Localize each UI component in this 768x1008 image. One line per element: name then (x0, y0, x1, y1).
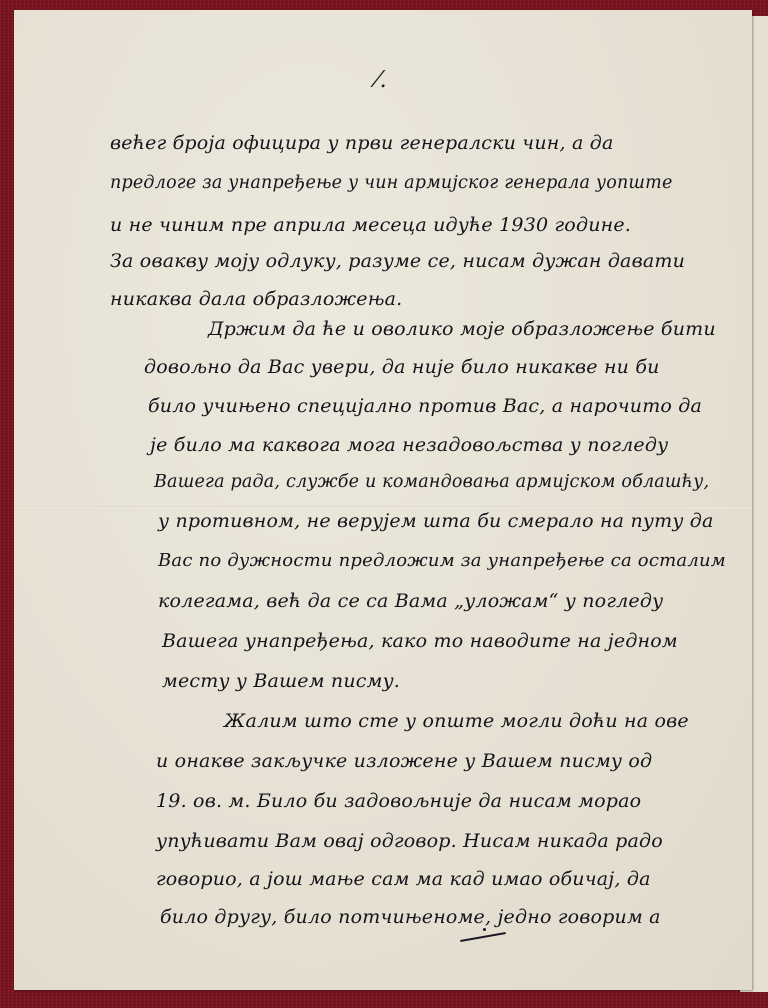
letter-line: говорио, а још мање сам ма кад имао обич… (156, 868, 651, 890)
letter-line: упућивати Вам овај одговор. Нисам никада… (156, 830, 663, 852)
letter-line: било другу, било потчињеноме, једно гово… (160, 906, 661, 928)
continuation-mark (460, 932, 506, 942)
letter-line: било учињено специјално против Вас, а на… (148, 395, 702, 417)
letter-line: никаква дала образложења. (110, 288, 402, 310)
continuation-dot (483, 928, 486, 931)
letter-line: 19. ов. м. Било би задовољније да нисам … (156, 790, 641, 812)
letter-line: колегама, већ да се са Вама „уложам“ у п… (158, 590, 663, 612)
letter-line: За овакву моју одлуку, разуме се, нисам … (110, 250, 685, 272)
letter-line: је било ма каквога мога незадовољства у … (150, 434, 668, 456)
letter-line: и не чиним пре априла месеца идуће 1930 … (110, 214, 631, 236)
letter-line: Вас по дужности предложим за унапређење … (158, 550, 726, 571)
letter-line: Вашега унапређења, како то наводите на ј… (162, 630, 678, 652)
paper-fold-line (14, 506, 752, 508)
letter-page: ⁄. већег броја официра у први генералски… (14, 10, 752, 990)
letter-line: предлоге за унапређење у чин армијског г… (110, 173, 673, 193)
letter-line: Држим да ће и оволико моје образложење б… (208, 318, 716, 340)
page-marker: ⁄. (376, 68, 387, 93)
letter-line: у противном, не верујем шта би смерало н… (158, 510, 714, 532)
letter-line: месту у Вашем писму. (162, 670, 400, 692)
letter-line: Жалим што сте у опште могли доћи на ове (224, 710, 689, 732)
letter-line: већег броја официра у први генералски чи… (110, 132, 614, 154)
letter-line: и онакве закључке изложене у Вашем писму… (156, 750, 652, 772)
letter-line: Вашега рада, службе и командовања армијс… (154, 472, 709, 492)
letter-line: довољно да Вас увери, да није било никак… (144, 356, 660, 378)
